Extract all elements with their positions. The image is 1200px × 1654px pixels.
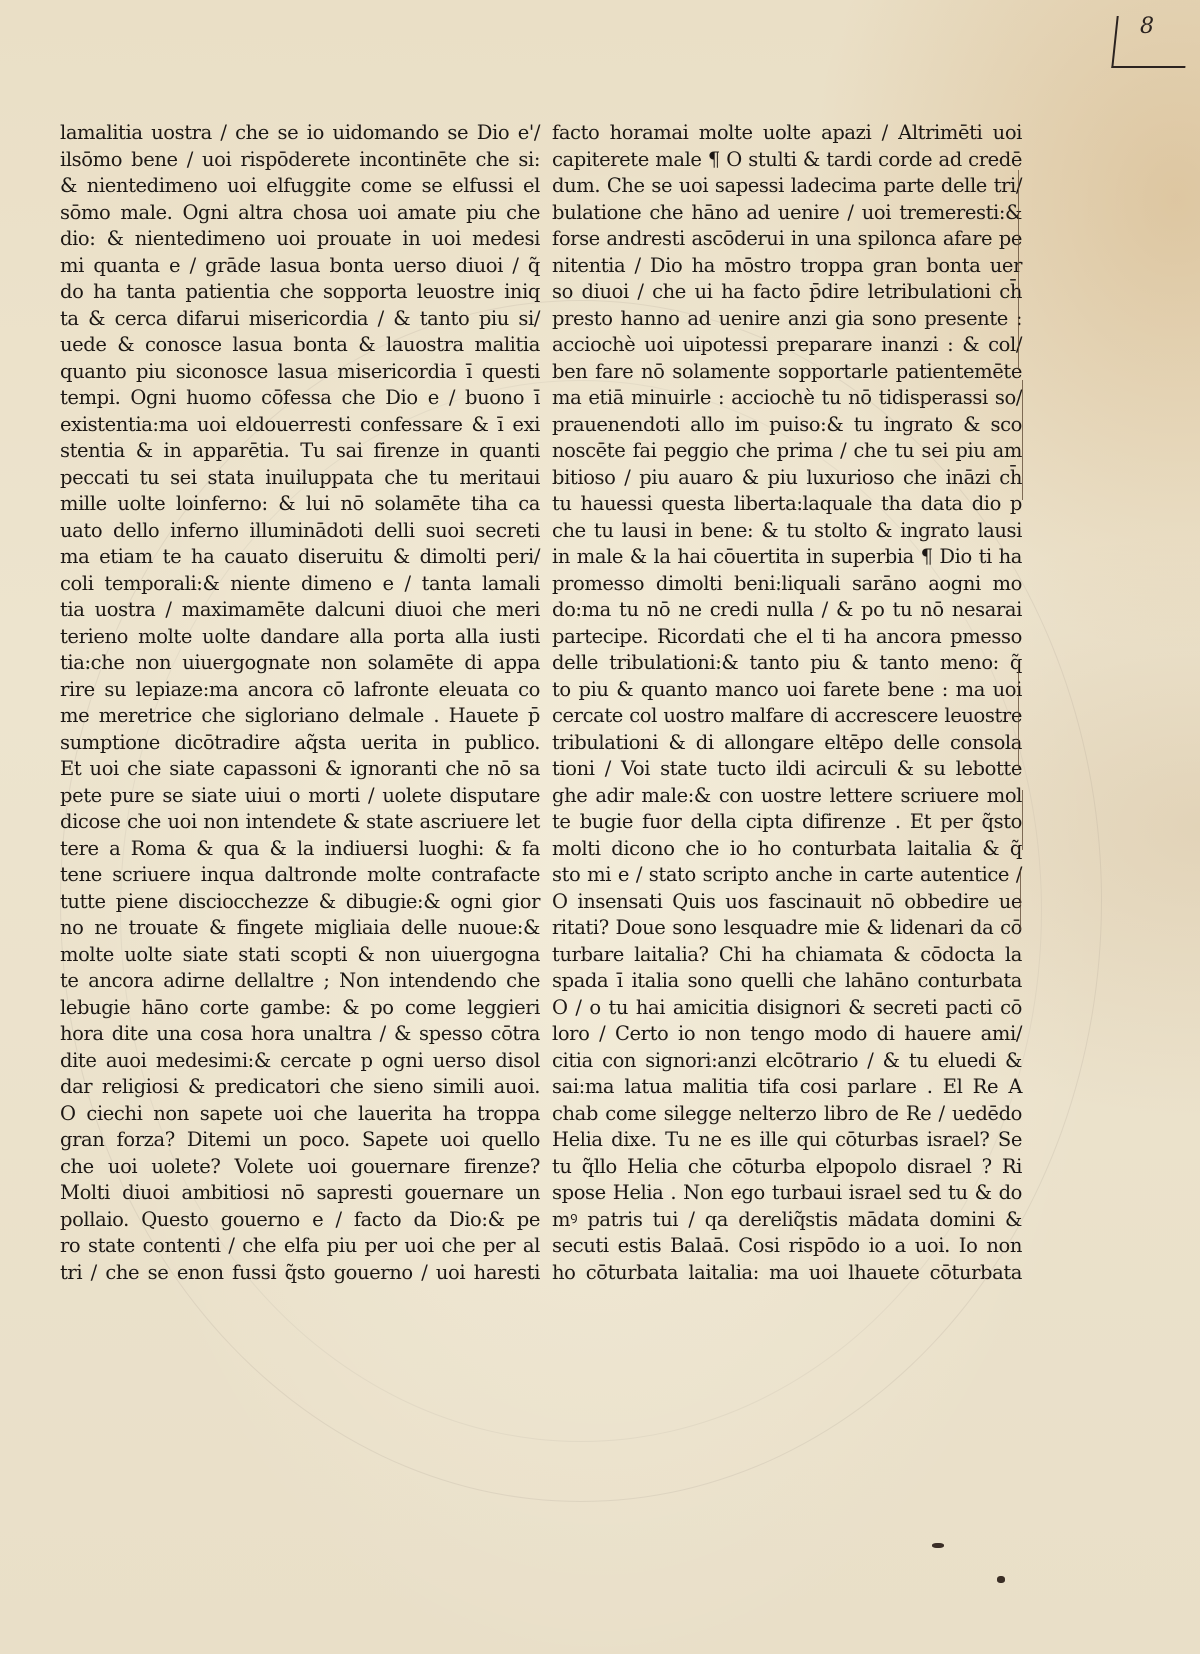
text-line: spose Helia . Non ego turbaui israel sed…: [552, 1180, 1022, 1207]
text-line: prauenendoti allo im puiso:& tu ingrato …: [552, 412, 1022, 439]
margin-ink-line: [1018, 170, 1019, 370]
text-line: dar religiosi & predicatori che sieno si…: [60, 1074, 540, 1101]
text-line: mille uolte loinferno: & lui nō solamēte…: [60, 491, 540, 518]
text-line: pete pure se siate uiui o morti / uolete…: [60, 783, 540, 810]
text-line: tu q̃llo Helia che cōturba elpopolo disr…: [552, 1154, 1022, 1181]
text-line: stentia & in apparētia. Tu sai firenze i…: [60, 438, 540, 465]
text-line: delle tribulationi:& tanto piu & tanto m…: [552, 650, 1022, 677]
text-line: acciochè uoi uipotessi preparare inanzi …: [552, 332, 1022, 359]
text-line: in male & la hai cōuertita in superbia ¶…: [552, 544, 1022, 571]
text-line: dite auoi medesimi:& cercate p ogni uers…: [60, 1048, 540, 1075]
text-line: mꝰ patris tui / qa dereliq̃stis mādata d…: [552, 1207, 1022, 1234]
text-line: ritati? Doue sono lesquadre mie & lidena…: [552, 915, 1022, 942]
folio-annotation: 8: [1110, 6, 1192, 64]
text-line: te bugie fuor della cipta difirenze . Et…: [552, 809, 1022, 836]
text-line: pollaio. Questo gouerno e / facto da Dio…: [60, 1207, 540, 1234]
text-line: O insensati Quis uos fascinauit nō obbed…: [552, 889, 1022, 916]
text-line: ben fare nō solamente sopportarle patien…: [552, 359, 1022, 386]
text-line: facto horamai molte uolte apazi / Altrim…: [552, 120, 1022, 147]
text-line: Molti diuoi ambitiosi nō sapresti gouern…: [60, 1180, 540, 1207]
text-line: ro state contenti / che elfa piu per uoi…: [60, 1233, 540, 1260]
margin-ink-line: [1018, 660, 1019, 770]
text-line: tu hauessi questa liberta:laquale tha da…: [552, 491, 1022, 518]
text-line: Helia dixe. Tu ne es ille qui cōturbas i…: [552, 1127, 1022, 1154]
margin-ink-line: [1020, 870, 1021, 930]
text-line: uato dello inferno illuminādoti delli su…: [60, 518, 540, 545]
text-line: molte uolte siate stati scopti & non uiu…: [60, 942, 540, 969]
text-column-right: facto horamai molte uolte apazi / Altrim…: [552, 120, 1022, 1286]
text-line: ghe adir male:& con uostre lettere scriu…: [552, 783, 1022, 810]
text-line: so diuoi / che ui ha facto p̄dire letrib…: [552, 279, 1022, 306]
text-line: che uoi uolete? Volete uoi gouernare fir…: [60, 1154, 540, 1181]
text-line: ilsōmo bene / uoi rispōderete incontinēt…: [60, 147, 540, 174]
folio-number: 8: [1140, 14, 1154, 39]
text-line: quanto piu siconosce lasua misericordia …: [60, 359, 540, 386]
text-line: tene scriuere inqua daltronde molte cont…: [60, 862, 540, 889]
text-line: gran forza? Ditemi un poco. Sapete uoi q…: [60, 1127, 540, 1154]
text-line: tribulationi & di allongare eltēpo delle…: [552, 730, 1022, 757]
text-line: tia:che non uiuergognate non solamēte di…: [60, 650, 540, 677]
text-line: peccati tu sei stata inuiluppata che tu …: [60, 465, 540, 492]
text-line: tere a Roma & qua & la indiuersi luoghi:…: [60, 836, 540, 863]
text-line: citia con signori:anzi elcōtrario / & tu…: [552, 1048, 1022, 1075]
text-line: O ciechi non sapete uoi che lauerita ha …: [60, 1101, 540, 1128]
text-line: che tu lausi in bene: & tu stolto & ingr…: [552, 518, 1022, 545]
text-line: forse andresti ascōderui in una spilonca…: [552, 226, 1022, 253]
text-line: ma etiam te ha cauato diseruitu & dimolt…: [60, 544, 540, 571]
text-line: bitioso / piu auaro & piu luxurioso che …: [552, 465, 1022, 492]
book-page: 8 lamalitia uostra / che se io uidomando…: [0, 0, 1200, 1654]
text-line: tri / che se enon fussi q̃sto gouerno / …: [60, 1260, 540, 1287]
text-line: noscēte fai peggio che prima / che tu se…: [552, 438, 1022, 465]
text-line: promesso dimolti beni:liquali sarāno aog…: [552, 571, 1022, 598]
text-line: O / o tu hai amicitia disignori & secret…: [552, 995, 1022, 1022]
text-line: ma etiā minuirle : acciochè tu nō tidisp…: [552, 385, 1022, 412]
text-line: dicose che uoi non intendete & state asc…: [60, 809, 540, 836]
text-line: loro / Certo io non tengo modo di hauere…: [552, 1021, 1022, 1048]
text-line: cercate col uostro malfare di accrescere…: [552, 703, 1022, 730]
text-line: do ha tanta patientia che sopporta leuos…: [60, 279, 540, 306]
text-line: ta & cerca difarui misericordia / & tant…: [60, 306, 540, 333]
text-line: sai:ma latua malitia tifa cosi parlare .…: [552, 1074, 1022, 1101]
text-line: sto mi e / stato scripto anche in carte …: [552, 862, 1022, 889]
ink-speck: [997, 1576, 1005, 1583]
text-line: te ancora adirne dellaltre ; Non intende…: [60, 968, 540, 995]
text-line: presto hanno ad uenire anzi gia sono pre…: [552, 306, 1022, 333]
text-line: do:ma tu nō ne credi nulla / & po tu nō …: [552, 597, 1022, 624]
text-line: spada ī italia sono quelli che lahāno co…: [552, 968, 1022, 995]
text-line: nitentia / Dio ha mōstro troppa gran bon…: [552, 253, 1022, 280]
text-line: dio: & nientedimeno uoi prouate in uoi m…: [60, 226, 540, 253]
text-line: ho cōturbata laitalia: ma uoi lhauete cō…: [552, 1260, 1022, 1287]
text-line: rire su lepiaze:ma ancora cō lafronte el…: [60, 677, 540, 704]
text-line: partecipe. Ricordati che el ti ha ancora…: [552, 624, 1022, 651]
text-line: tempi. Ogni huomo cōfessa che Dio e / bu…: [60, 385, 540, 412]
text-line: tutte piene disciocchezze & dibugie:& og…: [60, 889, 540, 916]
text-line: & nientedimeno uoi elfuggite come se elf…: [60, 173, 540, 200]
text-line: coli temporali:& niente dimeno e / tanta…: [60, 571, 540, 598]
ink-speck: [932, 1543, 944, 1548]
text-line: tioni / Voi state tucto ildi acirculi & …: [552, 756, 1022, 783]
text-line: secuti estis Balaā. Cosi rispōdo io a uo…: [552, 1233, 1022, 1260]
text-line: Et uoi che siate capassoni & ignoranti c…: [60, 756, 540, 783]
text-line: me meretrice che sigloriano delmale . Ha…: [60, 703, 540, 730]
text-line: dum. Che se uoi sapessi ladecima parte d…: [552, 173, 1022, 200]
text-line: molti dicono che io ho conturbata laital…: [552, 836, 1022, 863]
text-line: bulatione che hāno ad uenire / uoi treme…: [552, 200, 1022, 227]
margin-ink-line: [1022, 790, 1023, 850]
text-line: sōmo male. Ogni altra chosa uoi amate pi…: [60, 200, 540, 227]
text-line: chab come silegge nelterzo libro de Re /…: [552, 1101, 1022, 1128]
text-line: sumptione dicōtradire aq̃sta uerita in p…: [60, 730, 540, 757]
text-line: existentia:ma uoi eldouerresti confessar…: [60, 412, 540, 439]
text-line: to piu & quanto manco uoi farete bene : …: [552, 677, 1022, 704]
text-line: lamalitia uostra / che se io uidomando s…: [60, 120, 540, 147]
text-line: capiterete male ¶ O stulti & tardi corde…: [552, 147, 1022, 174]
margin-ink-line: [1022, 380, 1023, 500]
text-column-left: lamalitia uostra / che se io uidomando s…: [60, 120, 540, 1286]
text-line: uede & conosce lasua bonta & lauostra ma…: [60, 332, 540, 359]
text-line: hora dite una cosa hora unaltra / & spes…: [60, 1021, 540, 1048]
text-line: lebugie hāno corte gambe: & po come legg…: [60, 995, 540, 1022]
text-line: terieno molte uolte dandare alla porta a…: [60, 624, 540, 651]
text-line: turbare laitalia? Chi ha chiamata & cōdo…: [552, 942, 1022, 969]
text-line: tia uostra / maximamēte dalcuni diuoi ch…: [60, 597, 540, 624]
text-line: no ne trouate & fingete migliaia delle n…: [60, 915, 540, 942]
text-line: mi quanta e / grāde lasua bonta uerso di…: [60, 253, 540, 280]
